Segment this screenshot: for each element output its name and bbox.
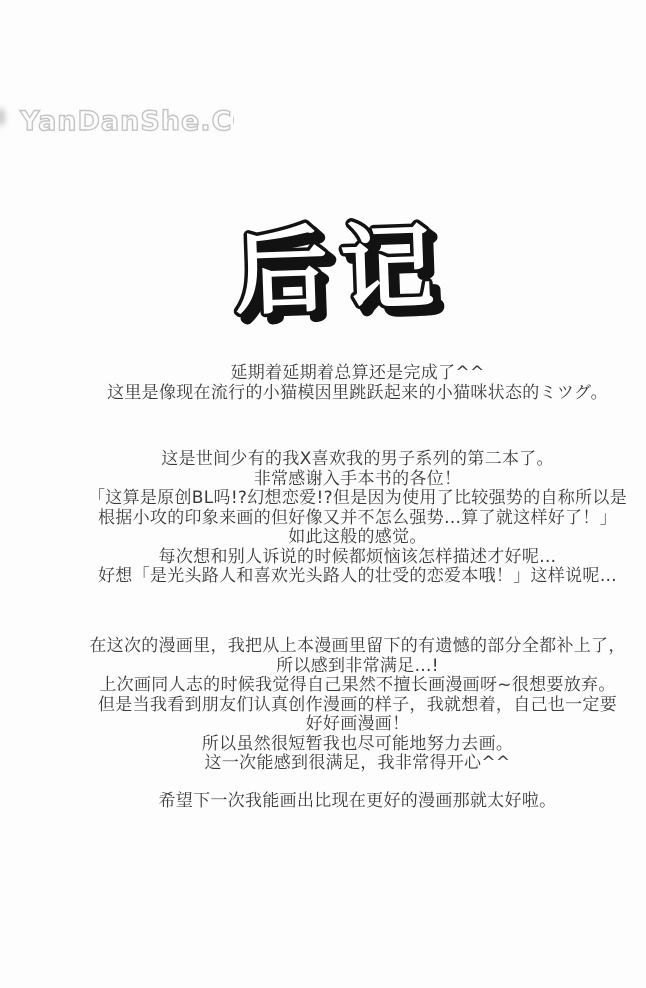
text-line: 延期着延期着总算还是完成了^^ <box>55 364 646 384</box>
paragraph-closing: 希望下一次我能画出比现在更好的漫画那就太好啦。 <box>55 792 646 812</box>
text-line: 每次想和别人诉说的时候都烦恼该怎样描述才好呢… <box>55 548 646 568</box>
text-line: 所以感到非常满足…! <box>55 657 646 677</box>
paragraph-series-thanks: 这是世间少有的我X喜欢我的男子系列的第二本了。 非常感谢入手本书的各位！ 「这算… <box>55 450 646 587</box>
text-line: 非常感谢入手本书的各位！ <box>55 470 646 490</box>
paragraph-reflection: 在这次的漫画里，我把从上本漫画里留下的有遗憾的部分全都补上了， 所以感到非常满足… <box>55 637 646 774</box>
text-line: 这里是像现在流行的小猫模因里跳跃起来的小猫咪状态的ミツグ。 <box>55 384 646 404</box>
site-watermark: YanDanShe.COM <box>14 98 234 144</box>
page-title: 后记 后记 <box>186 205 496 335</box>
text-line: 在这次的漫画里，我把从上本漫画里留下的有遗憾的部分全都补上了， <box>55 637 646 657</box>
title-text: 后记 <box>232 212 448 328</box>
text-line: 所以虽然很短暂我也尽可能地努力去画。 <box>55 735 646 755</box>
text-line: 希望下一次我能画出比现在更好的漫画那就太好啦。 <box>55 792 646 812</box>
text-line: 但是当我看到朋友们认真创作漫画的样子，我就想着，自己也一定要 <box>55 696 646 716</box>
afterword-page: YanDanShe.COM 后记 后记 延期着延期着总算还是完成了^^ 这里是像… <box>0 0 646 988</box>
text-line: 好想「是光头路人和喜欢光头路人的壮受的恋爱本哦！」这样说呢… <box>55 567 646 587</box>
text-line: 上次画同人志的时候我觉得自己果然不擅长画漫画呀~很想要放弃。 <box>55 676 646 696</box>
text-line: 好好画漫画！ <box>55 715 646 735</box>
paragraph-opening: 延期着延期着总算还是完成了^^ 这里是像现在流行的小猫模因里跳跃起来的小猫咪状态… <box>55 364 646 403</box>
text-line: 这一次能感到很满足，我非常得开心^^ <box>55 754 646 774</box>
text-line: 根据小攻的印象来画的但好像又并不怎么强势…算了就这样好了！」 <box>55 509 646 529</box>
text-line: 这是世间少有的我X喜欢我的男子系列的第二本了。 <box>55 450 646 470</box>
watermark-text: YanDanShe.COM <box>19 106 234 137</box>
scan-artifact <box>0 108 5 126</box>
text-line: 如此这般的感觉。 <box>55 528 646 548</box>
text-line: 「这算是原创BL吗!?幻想恋爱!?但是因为使用了比较强势的自称所以是 <box>55 489 646 509</box>
